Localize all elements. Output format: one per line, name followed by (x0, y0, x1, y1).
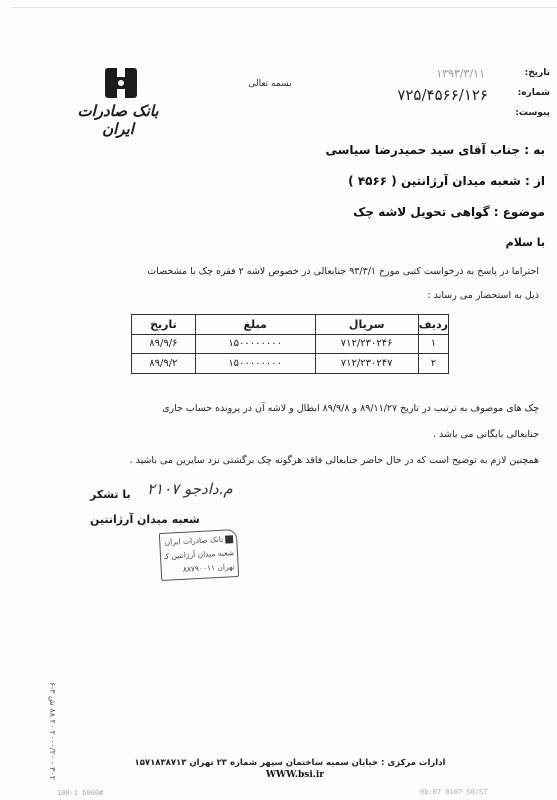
table-row: ۱ ۷۱۲/۲۳۰۲۴۶ ۱۵۰۰۰۰۰۰۰۰ ۸۹/۹/۶ (132, 334, 449, 354)
recipient-line: به : جناب آقای سید حمیدرضا سیاسی (325, 143, 545, 157)
fax-header-right: 0b:07 0107 S0/S7 (420, 788, 487, 796)
footer-address: ادارات مرکزی : خیابان سمیه ساختمان سپهر … (130, 758, 450, 768)
cell-serial: ۷۱۲/۲۳۰۲۴۶ (315, 334, 418, 354)
invocation: بسمه تعالی (240, 79, 300, 89)
handwritten-signature: م.دادجو ۲۱۰۷ (147, 480, 233, 498)
fax-header-left: 100:1 b000# (57, 789, 103, 797)
cell-row-number: ۲ (418, 354, 448, 374)
sender-line: از : شعبه میدان آرژانتین ( ۴۵۶۶ ) (348, 174, 545, 188)
table-row: ۲ ۷۱۲/۲۳۰۲۴۷ ۱۵۰۰۰۰۰۰۰۰ ۸۹/۹/۲ (132, 354, 449, 374)
stamp-logo-icon (225, 535, 233, 543)
date-label: تاریخ: (500, 68, 550, 78)
header-date: تاریخ (132, 315, 196, 335)
greeting: با سلام (506, 236, 545, 249)
paragraph-1-line-2: ذیل به استحضار می رساند : (427, 290, 539, 301)
cell-amount: ۱۵۰۰۰۰۰۰۰۰ (195, 354, 315, 374)
attachment-label: پیوست: (500, 108, 550, 118)
header-row-number: ردیف (418, 315, 448, 335)
bank-stamp: بانک صادرات ایران شعبه میدان آرژانتین ک … (159, 529, 239, 581)
margin-note: ۳۰۲ - ۲۰۰۰/۲۰ ۲۰ ۸۸ ش ۳-۶ (48, 580, 57, 780)
paragraph-1-line-1: احتراما در پاسخ به درخواست کتبی مورخ ۹۳/… (147, 266, 539, 277)
date-value: ۱۳۹۳/۳/۱۱ (370, 67, 485, 80)
cheques-table: ردیف سریال مبلغ تاریخ ۱ ۷۱۲/۲۳۰۲۴۶ ۱۵۰۰۰… (131, 314, 449, 374)
header-amount: مبلغ (195, 315, 315, 335)
thanks-text: با تشکر (90, 488, 131, 501)
scan-edge-line (12, 7, 557, 8)
paragraph-3: همچنین لازم به توضیح است که در حال حاضر … (130, 455, 539, 466)
bank-name: بانک صادرات ایران (68, 102, 168, 138)
bank-logo-icon (105, 68, 137, 98)
cell-serial: ۷۱۲/۲۳۰۲۴۷ (315, 354, 418, 374)
cell-date: ۸۹/۹/۲ (132, 354, 196, 374)
number-label: شماره: (500, 88, 550, 98)
header-serial: سریال (315, 315, 418, 335)
branch-signoff: شعبه میدان آرژانتین (90, 513, 200, 526)
cell-row-number: ۱ (418, 334, 448, 354)
cell-date: ۸۹/۹/۶ (132, 334, 196, 354)
table-header-row: ردیف سریال مبلغ تاریخ (132, 315, 449, 335)
paragraph-2-line-1: چک های موصوف به ترتیب در تاریخ ۸۹/۱۱/۲۷ … (162, 403, 539, 414)
letter-page: بانک صادرات ایران بسمه تعالی تاریخ: ۱۳۹۳… (0, 0, 557, 800)
footer-website: WWW.bsi.ir (230, 770, 360, 780)
stamp-line-1: بانک صادرات ایران (164, 535, 223, 547)
paragraph-2-line-2: جنابعالی بایگانی می باشد . (433, 429, 539, 440)
subject-line: موضوع : گواهی تحویل لاشه چک (353, 205, 545, 219)
number-value: ۷۲۵/۴۵۶۶/۱۲۶ (330, 86, 488, 104)
cell-amount: ۱۵۰۰۰۰۰۰۰۰ (195, 334, 315, 354)
